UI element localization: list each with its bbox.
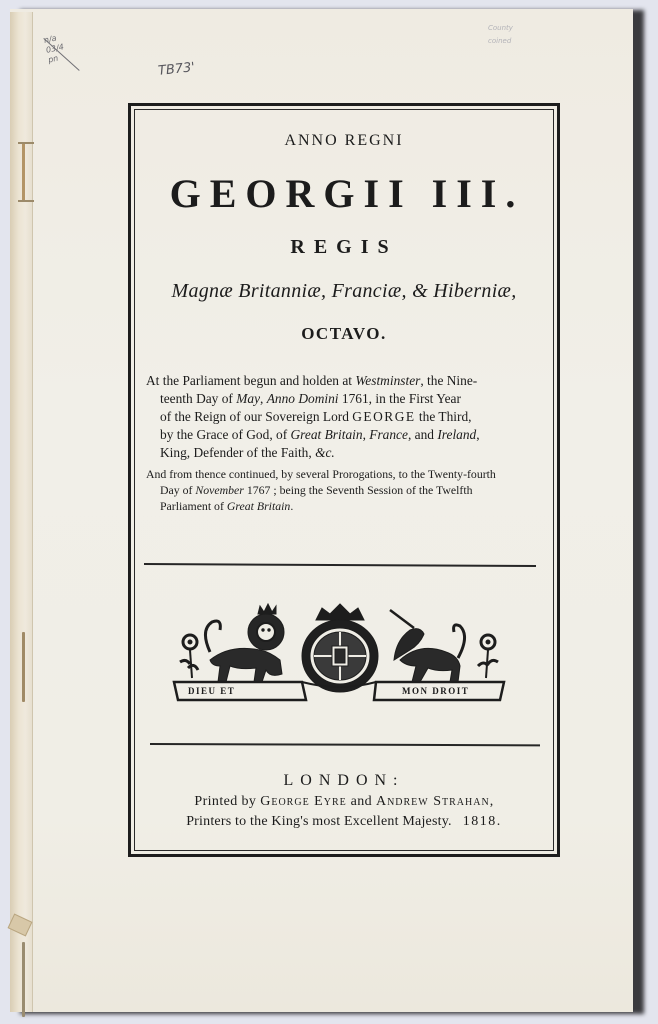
publication-year: 1818. (463, 814, 502, 829)
spine-thread (22, 632, 25, 702)
imprint-block: LONDON: Printed by George Eyre and Andre… (128, 0, 560, 1024)
printer-name: George Eyre (260, 794, 347, 809)
text: Printed by (194, 794, 260, 809)
spine-tag (8, 914, 33, 937)
spine-thread (22, 942, 25, 1017)
text: and (347, 794, 376, 809)
spine-stitch (18, 142, 34, 144)
text: , (490, 794, 494, 809)
text: Printers to the King's most Excellent Ma… (186, 814, 452, 829)
stitched-spine (10, 12, 33, 1012)
spine-thread (22, 142, 25, 202)
printer-name: Andrew Strahan (376, 794, 490, 809)
imprint-royal-printers: Printers to the King's most Excellent Ma… (128, 814, 560, 830)
imprint-printers: Printed by George Eyre and Andrew Straha… (128, 794, 560, 810)
spine-stitch (18, 200, 34, 202)
imprint-city: LONDON: (128, 772, 560, 790)
